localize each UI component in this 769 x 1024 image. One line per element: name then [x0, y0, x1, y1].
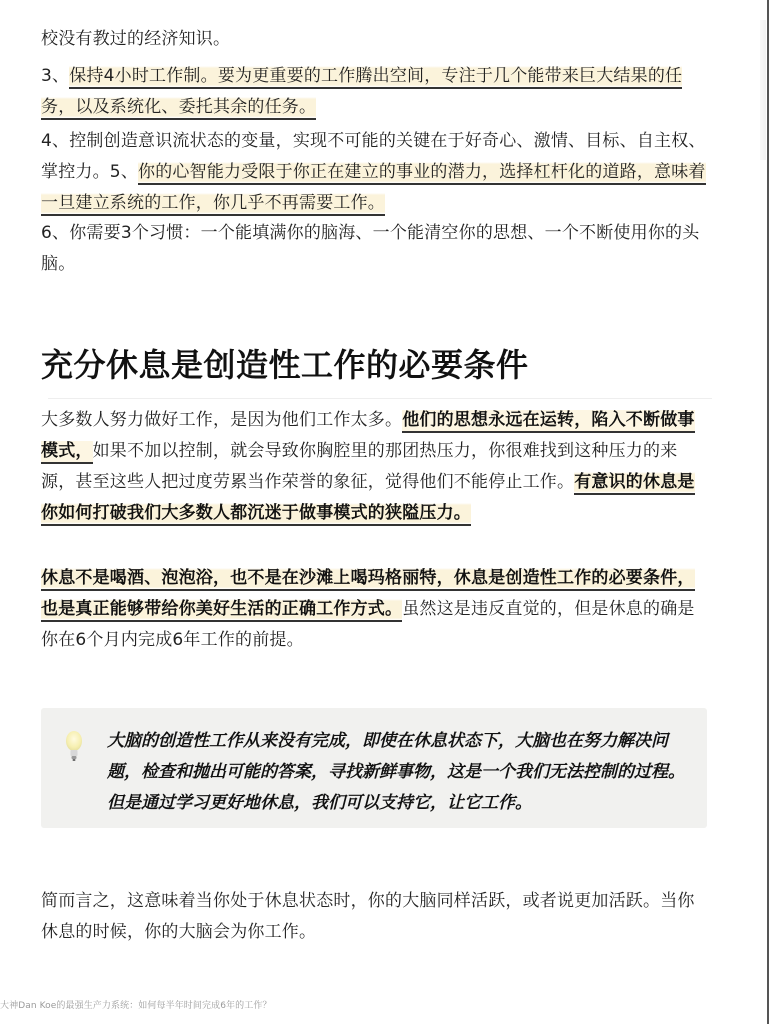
paragraph-item-3: 3、保持4小时工作制。要为更重要的工作腾出空间，专注于几个能带来巨大结果的任务，…: [41, 61, 709, 123]
paragraph-text: 大多数人努力做好工作，是因为他们工作太多。: [41, 410, 402, 430]
paragraph-summary: 简而言之，这意味着当你处于休息状态时，你的大脑同样活跃，或者说更加活跃。当你休息…: [41, 886, 709, 948]
paragraph-economics-tail: 校没有教过的经济知识。: [41, 24, 709, 55]
callout-text: 大脑的创造性工作从来没有完成，即使在休息状态下，大脑也在努力解决问题，检查和抛出…: [107, 726, 697, 819]
item-prefix: 3、: [41, 66, 69, 86]
lightbulb-icon: [65, 730, 83, 764]
paragraph-item-4-5: 4、控制创造意识流状态的变量，实现不可能的关键在于好奇心、激情、目标、自主权、掌…: [41, 126, 709, 219]
document-page: 校没有教过的经济知识。 3、保持4小时工作制。要为更重要的工作腾出空间，专注于几…: [0, 0, 769, 1024]
paragraph-text: 6、你需要3个习惯：一个能填满你的脑海、一个能清空你的思想、一个不断使用你的头脑…: [41, 223, 699, 274]
highlighted-text: 你的心智能力受限于你正在建立的事业的潜力，选择杠杆化的道路，意味着一旦建立系统的…: [41, 162, 706, 216]
paragraph-text: 校没有教过的经济知识。: [41, 29, 230, 49]
paragraph-rest-definition: 休息不是喝酒、泡泡浴，也不是在沙滩上喝玛格丽特，休息是创造性工作的必要条件，也是…: [41, 563, 709, 656]
callout-block: 大脑的创造性工作从来没有完成，即使在休息状态下，大脑也在努力解决问题，检查和抛出…: [41, 708, 707, 828]
section-heading: 充分休息是创造性工作的必要条件: [41, 340, 529, 390]
adjacent-page-edge: [760, 20, 766, 160]
paragraph-item-6: 6、你需要3个习惯：一个能填满你的脑海、一个能清空你的思想、一个不断使用你的头脑…: [41, 218, 709, 280]
heading-divider: [48, 398, 712, 399]
paragraph-text: 简而言之，这意味着当你处于休息状态时，你的大脑同样活跃，或者说更加活跃。当你休息…: [41, 891, 695, 942]
paragraph-rest-intro: 大多数人努力做好工作，是因为他们工作太多。他们的思想永远在运转，陷入不断做事模式…: [41, 405, 709, 529]
highlighted-text: 保持4小时工作制。要为更重要的工作腾出空间，专注于几个能带来巨大结果的任务，以及…: [41, 66, 682, 120]
footer-page-title: 大神Dan Koe的最强生产力系统：如何每半年时间完成6年的工作？: [0, 998, 272, 1011]
